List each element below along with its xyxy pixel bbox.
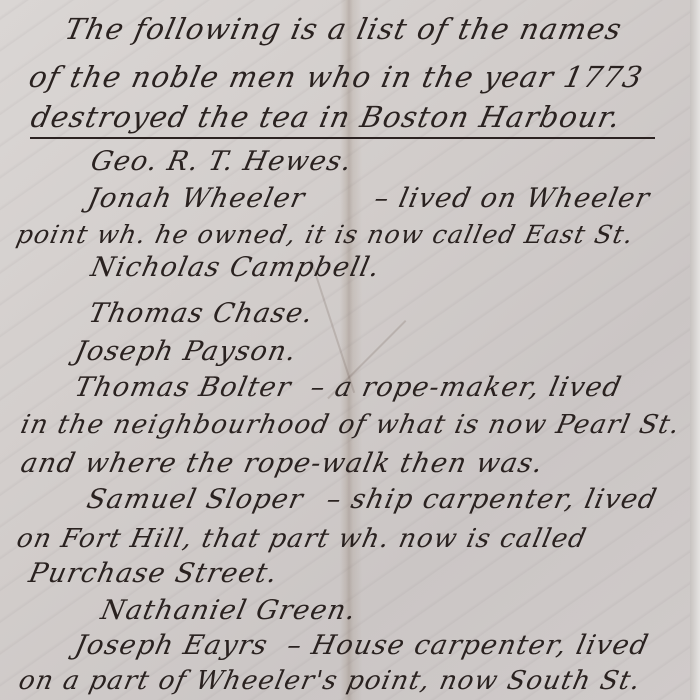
entry-line: Thomas Bolter – a rope-maker, lived <box>72 372 625 403</box>
entry-name: Thomas Chase. <box>86 298 317 329</box>
entry-note: – ship carpenter, lived <box>324 484 661 515</box>
entry-name: Joseph Payson. <box>72 336 300 367</box>
entry-name: Nathaniel Green. <box>98 595 359 626</box>
entry-note: – a rope-maker, lived <box>308 372 625 403</box>
heading-line-1: The following is a list of the names <box>62 12 625 46</box>
entry-name: Geo. R. T. Hewes. <box>88 146 355 177</box>
manuscript-page: The following is a list of the names of … <box>0 0 700 700</box>
entry-name: Samuel Sloper <box>84 484 307 515</box>
entry-line: Jonah Wheeler – lived on Wheeler <box>85 183 653 214</box>
heading-rule <box>30 137 655 139</box>
paper-edge <box>690 0 700 700</box>
entry-note: – House carpenter, lived <box>284 630 652 661</box>
entry-name: Thomas Bolter <box>72 372 294 403</box>
heading-line-2: of the noble men who in the year 1773 <box>26 60 646 94</box>
entry-note-continuation: in the neighbourhood of what is now Pear… <box>18 410 683 440</box>
entry-note-continuation: point wh. he owned, it is now called Eas… <box>14 220 637 249</box>
entry-line: Joseph Eayrs – House carpenter, lived <box>72 630 652 661</box>
entry-note-continuation: on Fort Hill, that part wh. now is calle… <box>14 524 590 554</box>
entry-note-continuation: Purchase Street. <box>26 558 281 589</box>
entry-note: – lived on Wheeler <box>372 183 653 214</box>
entry-name: Jonah Wheeler <box>85 183 308 214</box>
entry-note-continuation: on a part of Wheeler's point, now South … <box>16 666 644 696</box>
heading-line-3: destroyed the tea in Boston Harbour. <box>28 100 624 134</box>
entry-note-continuation: and where the rope-walk then was. <box>18 448 546 479</box>
entry-name: Joseph Eayrs <box>72 630 271 661</box>
entry-line: Samuel Sloper – ship carpenter, lived <box>84 484 660 515</box>
entry-name: Nicholas Campbell. <box>88 252 383 283</box>
